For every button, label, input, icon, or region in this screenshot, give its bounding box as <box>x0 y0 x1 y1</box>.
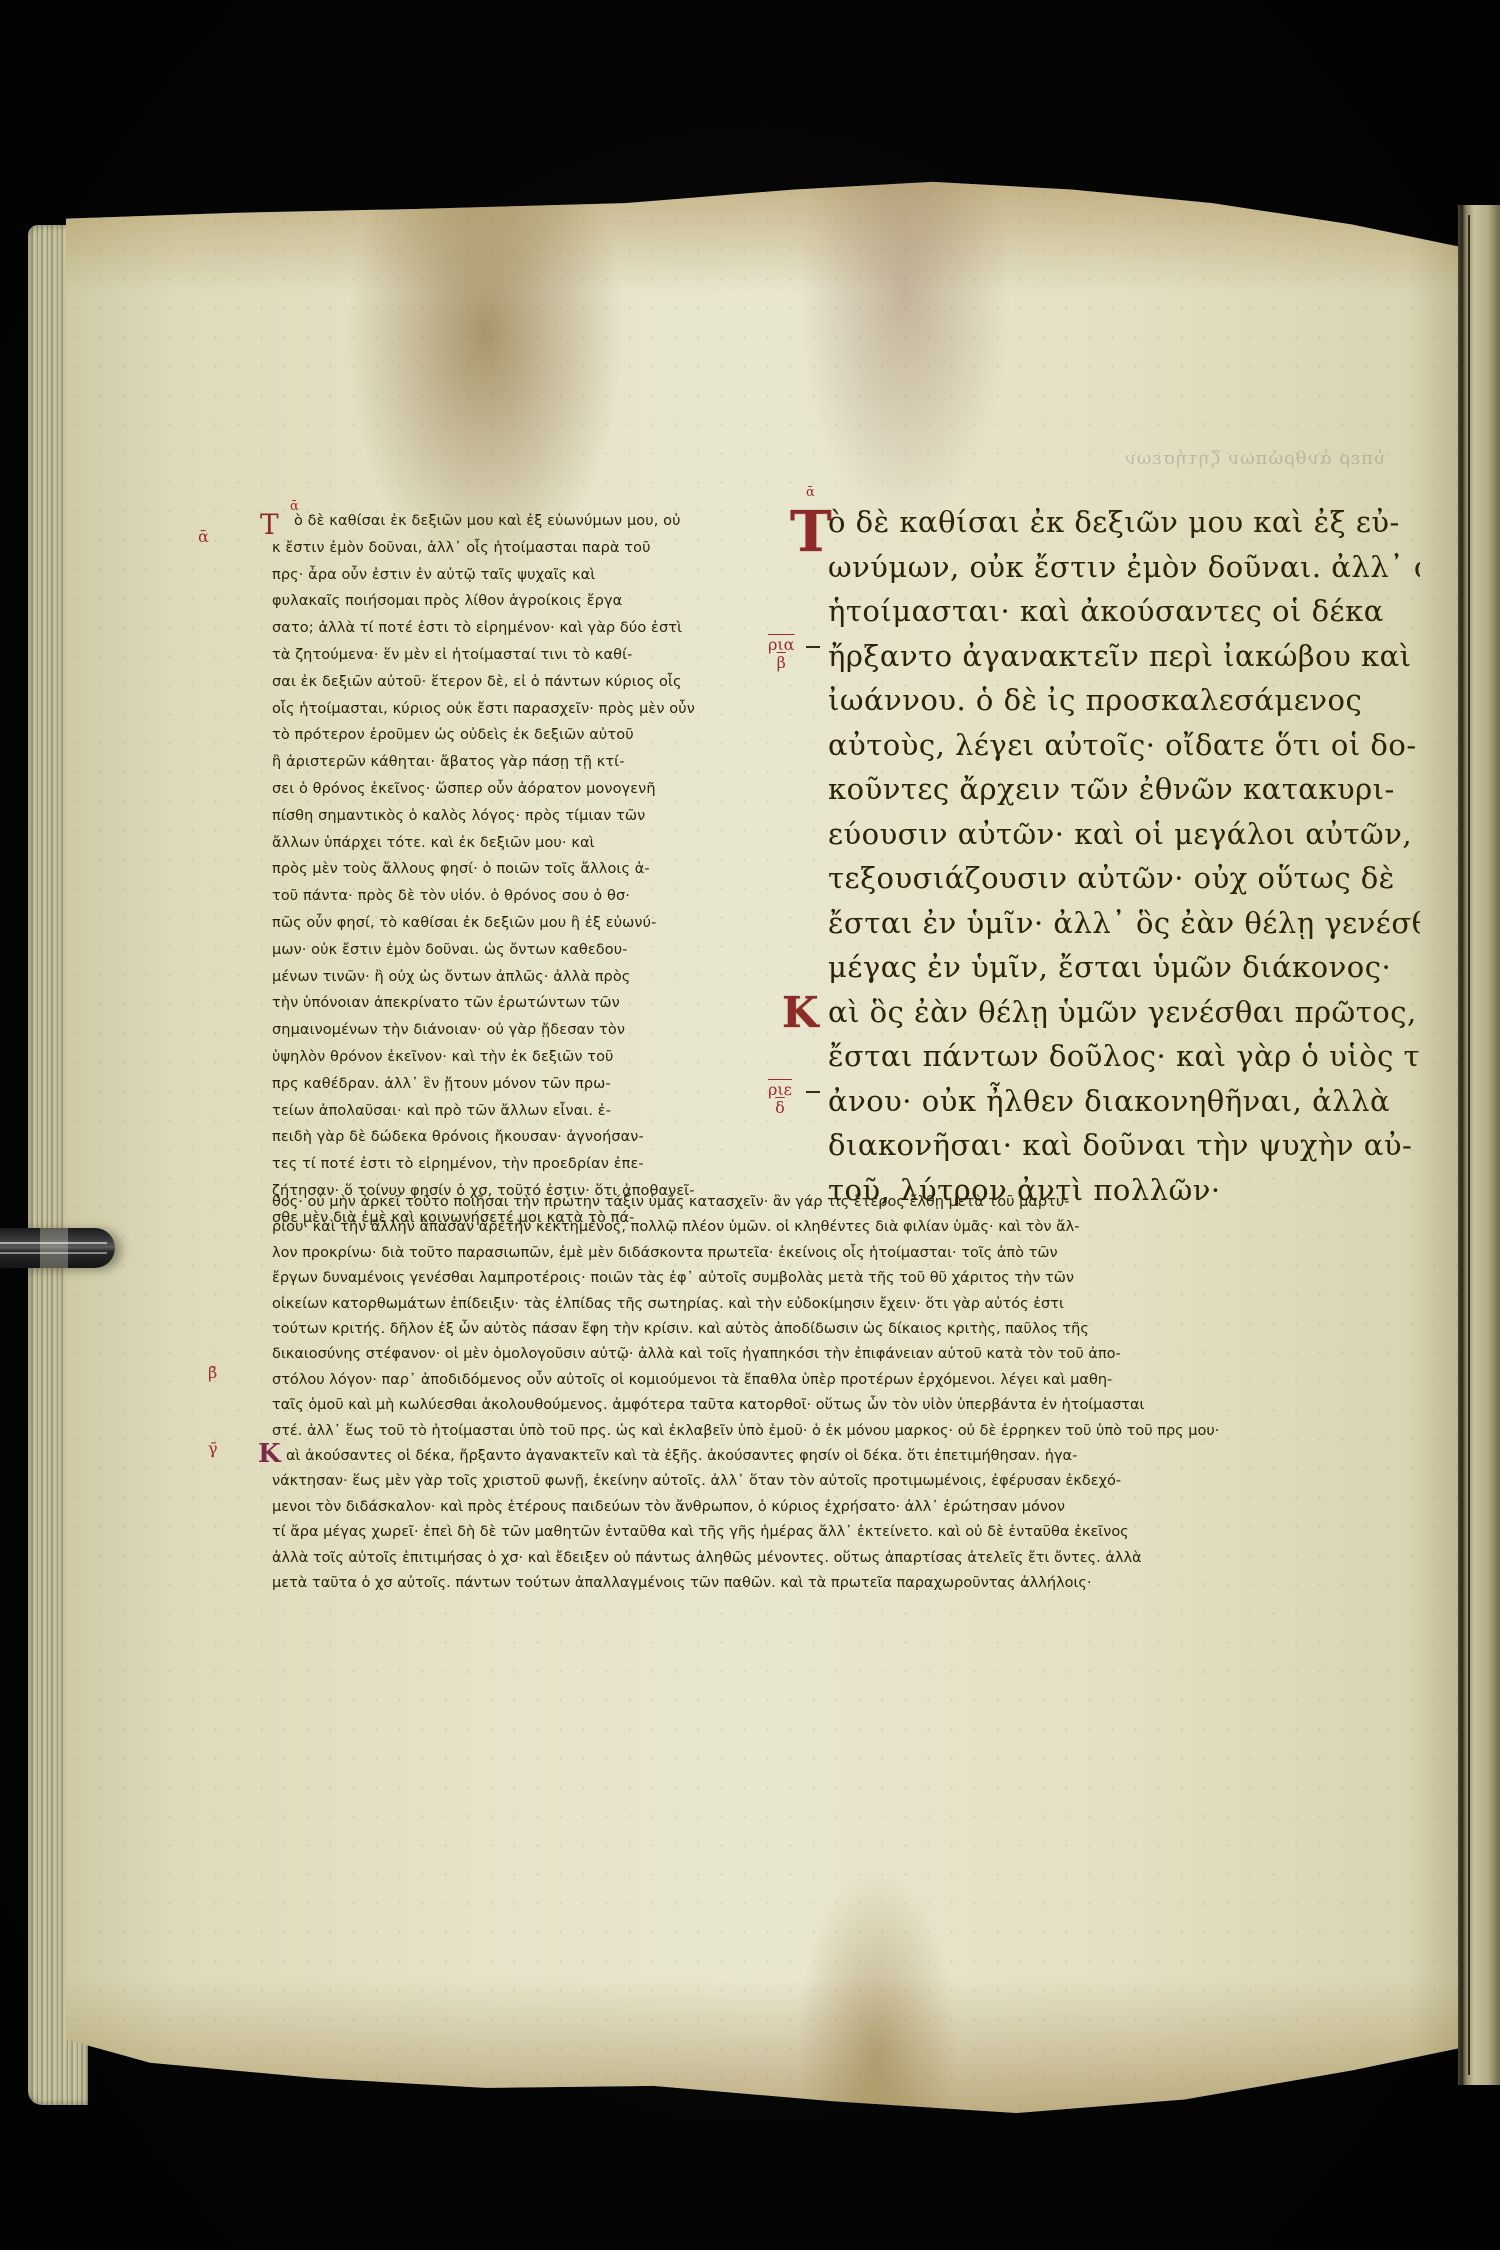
commentary-margin-mark: γ̄ <box>208 1440 218 1458</box>
canon-section-number: ρια <box>768 636 794 654</box>
commentary-wide-line: ἀλλὰ τοῖς αὐτοῖς ἐπιτιμήσας ὁ χσ· καὶ ἔδ… <box>272 1546 1422 1571</box>
commentary-wide-line: ἔργων δυναμένοις γενέσθαι λαμπροτέροις· … <box>272 1266 1422 1291</box>
commentary-line: τες τί ποτέ ἐστι τὸ εἰρημένον, τὴν προεδ… <box>272 1151 764 1178</box>
commentary-wide-line-text: τούτων κριτής. δῆλον ἐξ ὧν αὐτὸς πάσαν ἔ… <box>272 1321 1089 1337</box>
commentary-wide-lines: θος· οὐ μὴν ἀρκεῖ τοῦτο ποιῆσαι τὴν πρώτ… <box>272 1190 1422 1597</box>
commentary-wide-line: στέ. ἀλλ᾽ ἕως τοῦ τὸ ἡτοίμασται ὑπὸ τοῦ … <box>272 1419 1422 1444</box>
commentary-line: ὑψηλὸν θρόνον ἐκεῖνον· καὶ τὴν ἐκ δεξιῶν… <box>272 1044 764 1071</box>
commentary-line: τοῦ πάντα· πρὸς δὲ τὸν υἱόν. ὁ θρόνος σο… <box>272 883 764 910</box>
main-text-line-text: ὸ δὲ καθίσαι ἐκ δεξιῶν μου καὶ ἐξ εὐ- <box>828 505 1400 539</box>
main-text-line: διακονῆσαι· καὶ δοῦναι τὴν ψυχὴν αὐ- <box>790 1123 1420 1168</box>
canon-table-number: β <box>768 654 794 672</box>
commentary-wide-line-text: στέ. ἀλλ᾽ ἕως τοῦ τὸ ἡτοίμασται ὑπὸ τοῦ … <box>272 1423 1219 1439</box>
gutter-line <box>1468 215 1470 2075</box>
commentary-line: τὰ ζητούμενα· ἕν μὲν εἰ ἡτοίμασταί τινι … <box>272 642 764 669</box>
main-text-line-text: εύουσιν αὐτῶν· καὶ οἱ μεγάλοι αὐτῶν, κα- <box>828 817 1420 851</box>
main-text-line-text: μέγας ἐν ὑμῖν, ἔσται ὑμῶν διάκονος· <box>828 950 1391 984</box>
main-text-line: εύουσιν αὐτῶν· καὶ οἱ μεγάλοι αὐτῶν, κα- <box>790 812 1420 857</box>
commentary-wide-line-text: ρίου· καὶ τὴν ἄλλην ἅπασαν ἀρετὴν κεκτημ… <box>272 1219 1080 1235</box>
main-text-column: Τὸ δὲ καθίσαι ἐκ δεξιῶν μου καὶ ἐξ εὐ-ων… <box>790 500 1420 1212</box>
main-text-line: τεξουσιάζουσιν αὐτῶν· οὐχ οὕτως δὲ <box>790 856 1420 901</box>
main-text-line-text: ἀνου· οὐκ ἦλθεν διακονηθῆναι, ἀλλὰ <box>828 1084 1390 1118</box>
main-initial-kappa: Κ <box>782 992 819 1034</box>
main-text-line-text: αὐτοὺς, λέγει αὐτοῖς· οἴδατε ὅτι οἱ δο- <box>828 728 1417 762</box>
main-text-line: ἡτοίμασται· καὶ ἀκούσαντες οἱ δέκα <box>790 589 1420 634</box>
commentary-line: πίσθη σημαντικὸς ὁ καλὸς λόγος· πρὸς τίμ… <box>272 803 764 830</box>
commentary-line: ἄλλων ὑπάρχει τότε. καὶ ἐκ δεξιῶν μου· κ… <box>272 830 764 857</box>
main-text-line: ἔσται ἐν ὑμῖν· ἀλλ᾽ ὃς ἐὰν θέλῃ γενέσθαι <box>790 901 1420 946</box>
commentary-line: σει ὁ θρόνος ἐκεῖνος· ὥσπερ οὖν ἀόρατον … <box>272 776 764 803</box>
canon-number: ριεδ <box>768 1081 792 1117</box>
commentary-wide-line-text: τί ἄρα μέγας χωρεῖ· ἐπεὶ δὴ δὲ τῶν μαθητ… <box>272 1524 1129 1540</box>
canon-table-number: δ <box>768 1099 792 1117</box>
commentary-wide-line: μετὰ ταῦτα ὁ χσ αὐτοῖς. πάντων τούτων ἀπ… <box>272 1571 1422 1596</box>
commentary-line: σαι ἐκ δεξιῶν αὐτοῦ· ἕτερον δὲ, εἰ ὁ πάν… <box>272 669 764 696</box>
commentary-wide-line: τούτων κριτής. δῆλον ἐξ ὧν αὐτὸς πάσαν ἔ… <box>272 1317 1422 1342</box>
commentary-wide-line-text: λον προκρίνω· διὰ τοῦτο παρασιωπῶν, ἐμὲ … <box>272 1245 1058 1261</box>
commentary-line: πειδὴ γὰρ δὲ δώδεκα θρόνοις ἤκουσαν· ἀγν… <box>272 1124 764 1151</box>
main-text-line: ἔσται πάντων δοῦλος· καὶ γὰρ ὁ υἱὸς τοῦ <box>790 1034 1420 1079</box>
commentary-line: πῶς οὖν φησί, τὸ καθίσαι ἐκ δεξιῶν μου ἢ… <box>272 910 764 937</box>
commentary-wide-line-text: ἔργων δυναμένοις γενέσθαι λαμπροτέροις· … <box>272 1270 1074 1286</box>
commentary-wide-line: Καὶ ἀκούσαντες οἱ δέκα, ἤρξαντο ἀγανακτε… <box>272 1444 1422 1469</box>
main-text-line-text: ἤρξαντο ἀγανακτεῖν περὶ ἰακώβου καὶ <box>828 639 1412 673</box>
commentary-initial: Τ <box>260 512 279 539</box>
main-text-line: Τὸ δὲ καθίσαι ἐκ δεξιῶν μου καὶ ἐξ εὐ- <box>790 500 1420 545</box>
canon-dash <box>806 646 820 648</box>
main-text-line: ἤρξαντο ἀγανακτεῖν περὶ ἰακώβου καὶ <box>790 634 1420 679</box>
commentary-line: τείων ἀπολαῦσαι· καὶ πρὸ τῶν ἄλλων εἶναι… <box>272 1098 764 1125</box>
page-holder-clip <box>0 1228 115 1268</box>
commentary-wide-line-text: ταῖς ὁμοῦ καὶ μὴ κωλύεσθαι ἀκολουθούμενο… <box>272 1397 1144 1413</box>
commentary-lines: ὸ δὲ καθίσαι ἐκ δεξιῶν μου καὶ ἐξ εὐωνύμ… <box>272 508 764 1232</box>
commentary-line: τὸ πρότερον ἐροῦμεν ὡς οὐδεὶς ἐκ δεξιῶν … <box>272 722 764 749</box>
canon-dash <box>806 1091 820 1093</box>
commentary-wide-line-text: στόλου λόγον· παρ᾽ ἀποδιδόμενος οὖν αὐτο… <box>272 1372 1112 1388</box>
commentary-wide-line: οἰκείων κατορθωμάτων ἐπίδειξιν· τὰς ἐλπί… <box>272 1292 1422 1317</box>
main-text-line-text: ἔσται ἐν ὑμῖν· ἀλλ᾽ ὃς ἐὰν θέλῃ γενέσθαι <box>828 906 1420 940</box>
main-text-line: Καὶ ὃς ἐὰν θέλῃ ὑμῶν γενέσθαι πρῶτος, <box>790 990 1420 1035</box>
commentary-line: ἢ ἀριστερῶν κάθηται· ἄβατος γὰρ πάσῃ τῇ … <box>272 749 764 776</box>
main-text-line-text: ἡτοίμασται· καὶ ἀκούσαντες οἱ δέκα <box>828 594 1384 628</box>
commentary-wide-block: θος· οὐ μὴν ἀρκεῖ τοῦτο ποιῆσαι τὴν πρώτ… <box>272 1190 1422 1597</box>
commentary-line: μένων τινῶν· ἢ οὐχ ὡς ὄντων ἀπλῶς· ἀλλὰ … <box>272 964 764 991</box>
commentary-margin-letter: ᾱ <box>198 528 209 546</box>
commentary-wide-line-text: θος· οὐ μὴν ἀρκεῖ τοῦτο ποιῆσαι τὴν πρώτ… <box>272 1194 1070 1210</box>
commentary-line: πρς· ἆρα οὖν ἐστιν ἐν αὐτῷ ταῖς ψυχαῖς κ… <box>272 562 764 589</box>
commentary-line: οἷς ἡτοίμασται, κύριος οὐκ ἔστι παρασχεῖ… <box>272 696 764 723</box>
commentary-line: πρὸς μὲν τοὺς ἄλλους φησί· ὁ ποιῶν τοῖς … <box>272 856 764 883</box>
canon-number: ριαβ <box>768 636 794 672</box>
commentary-margin-mark: β̄ <box>208 1364 217 1382</box>
commentary-wide-line-text: δικαιοσύνης στέφανον· οἱ μὲν ὁμολογοῦσιν… <box>272 1346 1121 1362</box>
main-text-line: μέγας ἐν ὑμῖν, ἔσται ὑμῶν διάκονος· <box>790 945 1420 990</box>
commentary-line: σημαινομένων τὴν διάνοιαν· οὐ γὰρ ᾔδεσαν… <box>272 1017 764 1044</box>
binding-gutter <box>1458 205 1500 2085</box>
commentary-line: μων· οὐκ ἔστιν ἐμὸν δοῦναι. ὡς ὄντων καθ… <box>272 937 764 964</box>
commentary-wide-line-text: νάκτησαν· ἕως μὲν γὰρ τοῖς χριστοῦ φωνῇ,… <box>272 1473 1121 1489</box>
commentary-line: κ ἔστιν ἐμὸν δοῦναι, ἀλλ᾽ οἷς ἡτοίμασται… <box>272 535 764 562</box>
main-text-line-text: ἰωάννου. ὁ δὲ ἰς προσκαλεσάμενος <box>828 683 1362 717</box>
main-text-line-text: ἔσται πάντων δοῦλος· καὶ γὰρ ὁ υἱὸς τοῦ <box>828 1039 1420 1073</box>
commentary-wide-line: δικαιοσύνης στέφανον· οἱ μὲν ὁμολογοῦσιν… <box>272 1342 1422 1367</box>
commentary-line: φυλακαῖς ποιήσομαι πρὸς λίθον ἀγροίκοις … <box>272 588 764 615</box>
showthrough-text: ὑπερ ἀνθρώπων ζητήσεων <box>1015 448 1385 474</box>
main-text-line-text: τεξουσιάζουσιν αὐτῶν· οὐχ οὕτως δὲ <box>828 861 1395 895</box>
main-text-line: ωνύμων, οὐκ ἔστιν ἐμὸν δοῦναι. ἀλλ᾽ οἷς <box>790 545 1420 590</box>
commentary-wide-line: στόλου λόγον· παρ᾽ ἀποδιδόμενος οὖν αὐτο… <box>272 1368 1422 1393</box>
commentary-line: ὸ δὲ καθίσαι ἐκ δεξιῶν μου καὶ ἐξ εὐωνύμ… <box>272 508 764 535</box>
commentary-wide-initial: Κ <box>258 1442 281 1467</box>
commentary-wide-line: ταῖς ὁμοῦ καὶ μὴ κωλύεσθαι ἀκολουθούμενο… <box>272 1393 1422 1418</box>
main-text-lines: Τὸ δὲ καθίσαι ἐκ δεξιῶν μου καὶ ἐξ εὐ-ων… <box>790 500 1420 1212</box>
commentary-wide-line-text: ἀλλὰ τοῖς αὐτοῖς ἐπιτιμήσας ὁ χσ· καὶ ἔδ… <box>272 1550 1142 1566</box>
main-text-line: αὐτοὺς, λέγει αὐτοῖς· οἴδατε ὅτι οἱ δο- <box>790 723 1420 768</box>
main-text-line: ἀνου· οὐκ ἦλθεν διακονηθῆναι, ἀλλὰ <box>790 1079 1420 1124</box>
main-text-line: κοῦντες ἄρχειν τῶν ἐθνῶν κατακυρι- <box>790 767 1420 812</box>
commentary-wide-line: νάκτησαν· ἕως μὲν γὰρ τοῖς χριστοῦ φωνῇ,… <box>272 1469 1422 1494</box>
main-text-line: ἰωάννου. ὁ δὲ ἰς προσκαλεσάμενος <box>790 678 1420 723</box>
commentary-wide-line: θος· οὐ μὴν ἀρκεῖ τοῦτο ποιῆσαι τὴν πρώτ… <box>272 1190 1422 1215</box>
commentary-column: Τ ὸ δὲ καθίσαι ἐκ δεξιῶν μου καὶ ἐξ εὐων… <box>272 508 764 1232</box>
commentary-wide-line: τί ἄρα μέγας χωρεῖ· ἐπεὶ δὴ δὲ τῶν μαθητ… <box>272 1520 1422 1545</box>
commentary-line: σατο; ἀλλὰ τί ποτέ ἐστι τὸ εἰρημένον· κα… <box>272 615 764 642</box>
commentary-wide-line-text: αὶ ἀκούσαντες οἱ δέκα, ἤρξαντο ἀγανακτεῖ… <box>286 1448 1077 1464</box>
commentary-wide-line-text: οἰκείων κατορθωμάτων ἐπίδειξιν· τὰς ἐλπί… <box>272 1296 1064 1312</box>
commentary-wide-line-text: μενοι τὸν διδάσκαλον· καὶ πρὸς ἑτέρους π… <box>272 1499 1065 1515</box>
commentary-wide-line-text: μετὰ ταῦτα ὁ χσ αὐτοῖς. πάντων τούτων ἀπ… <box>272 1575 1091 1591</box>
main-text-line-text: κοῦντες ἄρχειν τῶν ἐθνῶν κατακυρι- <box>828 772 1395 806</box>
main-text-line-text: αὶ ὃς ἐὰν θέλῃ ὑμῶν γενέσθαι πρῶτος, <box>828 995 1417 1029</box>
canon-section-number: ριε <box>768 1081 792 1099</box>
commentary-wide-line: ρίου· καὶ τὴν ἄλλην ἅπασαν ἀρετὴν κεκτημ… <box>272 1215 1422 1240</box>
main-text-line-text: διακονῆσαι· καὶ δοῦναι τὴν ψυχὴν αὐ- <box>828 1128 1412 1162</box>
commentary-wide-line: λον προκρίνω· διὰ τοῦτο παρασιωπῶν, ἐμὲ … <box>272 1241 1422 1266</box>
commentary-line: πρς καθέδραν. ἀλλ᾽ ἓν ᾔτουν μόνον τῶν πρ… <box>272 1071 764 1098</box>
commentary-line: τὴν ὑπόνοιαν ἀπεκρίνατο τῶν ἐρωτώντων τῶ… <box>272 990 764 1017</box>
main-text-line-text: ωνύμων, οὐκ ἔστιν ἐμὸν δοῦναι. ἀλλ᾽ οἷς <box>828 550 1420 584</box>
commentary-wide-line: μενοι τὸν διδάσκαλον· καὶ πρὸς ἑτέρους π… <box>272 1495 1422 1520</box>
